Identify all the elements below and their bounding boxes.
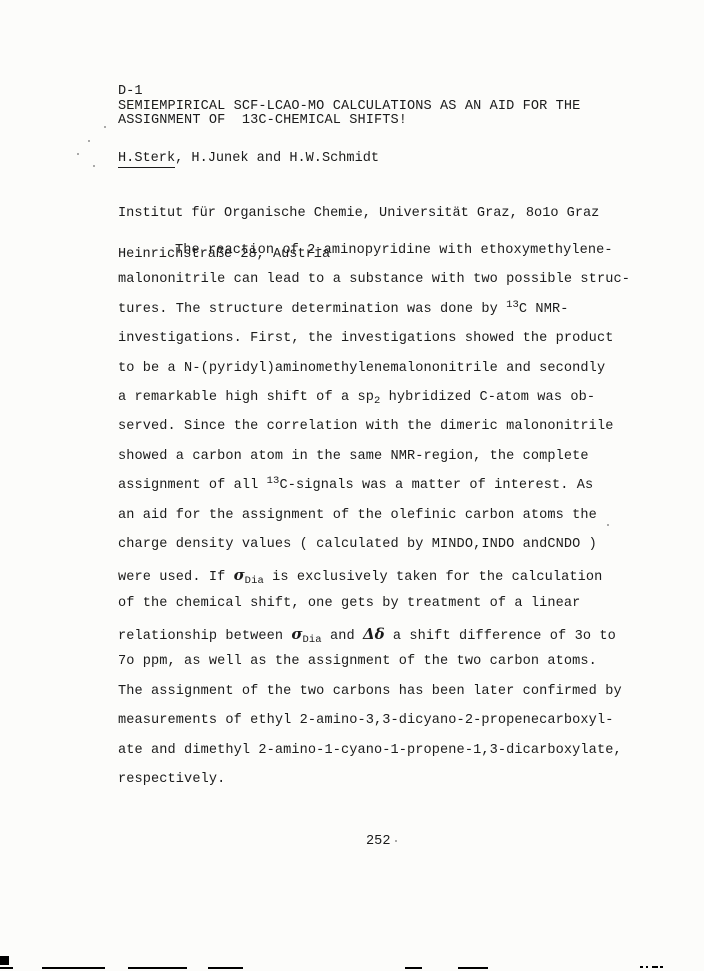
text-segment: The assignment of the two carbons has be… [118,684,622,699]
text-segment: respectively. [118,772,225,787]
scan-noise-dot [104,126,106,128]
text-segment: ate and dimethyl 2-amino-1-cyano-1-prope… [118,743,622,758]
abstract-line: The reaction of 2-aminopyridine with eth… [118,243,658,272]
abstract-line: ate and dimethyl 2-amino-1-cyano-1-prope… [118,743,658,772]
text-segment: 7o ppm, as well as the assignment of the… [118,654,597,669]
greek-symbol: σ [291,625,302,643]
abstract-line: assignment of all 13C-signals was a matt… [118,478,658,507]
abstract-line: respectively. [118,772,658,801]
abstract-line: tures. The structure determination was d… [118,302,658,331]
scan-artifact-dot [660,966,663,968]
affiliation-line1: Institut für Organische Chemie, Universi… [118,207,599,221]
text-segment: were used. If [118,570,234,585]
abstract-line: relationship between σDia and Δδ a shift… [118,625,658,654]
text-segment: 13 [267,475,280,487]
text-segment: to be a N-(pyridyl)aminomethylenemalonon… [118,361,605,376]
scan-artifact-dash [208,967,243,969]
author-primary: H.Sterk [118,151,175,168]
scan-artifact-dot [652,966,658,968]
abstract-line: a remarkable high shift of a sp2 hybridi… [118,390,658,419]
abstract-line: malononitrile can lead to a substance wi… [118,272,658,301]
paper-title-line2: ASSIGNMENT OF 13C-CHEMICAL SHIFTS! [118,114,580,128]
scan-noise-dot [607,524,609,526]
text-segment: served. Since the correlation with the d… [118,419,613,434]
text-segment: investigations. First, the investigation… [118,331,613,346]
text-segment: a shift difference of 3o to [385,629,616,644]
text-segment: measurements of ethyl 2-amino-3,3-dicyan… [118,713,613,728]
abstract-line: served. Since the correlation with the d… [118,419,658,448]
text-segment: a remarkable high shift of a sp [118,390,374,405]
greek-symbol: σ [234,566,245,584]
greek-symbol: Δδ [363,625,385,643]
scan-artifact-dash [0,967,13,969]
page-number: 252 [366,834,390,849]
abstract-line: charge density values ( calculated by MI… [118,537,658,566]
text-segment: of the chemical shift, one gets by treat… [118,596,580,611]
scan-noise-dot [93,165,95,167]
text-segment: C-signals was a matter of interest. As [279,478,593,493]
text-segment: an aid for the assignment of the olefini… [118,508,597,523]
text-segment: 13 [506,299,519,311]
scan-noise-dot [77,153,79,155]
authors-line: H.Sterk, H.Junek and H.W.Schmidt [118,151,379,166]
text-segment: C NMR- [519,302,569,317]
scanned-page: D-1 SEMIEMPIRICAL SCF-LCAO-MO CALCULATIO… [0,0,704,971]
scan-noise-dot [395,840,397,842]
text-segment: 2 [374,395,380,407]
abstract-line: investigations. First, the investigation… [118,331,658,360]
paper-title-line1: SEMIEMPIRICAL SCF-LCAO-MO CALCULATIONS A… [118,100,580,114]
text-segment: Dia [302,634,321,646]
text-segment: hybridized C-atom was ob- [380,390,595,405]
abstract-header: D-1 SEMIEMPIRICAL SCF-LCAO-MO CALCULATIO… [118,84,580,128]
text-segment: relationship between [118,629,291,644]
text-segment: The reaction of 2-aminopyridine with eth… [175,243,613,258]
scan-noise-dot [88,140,90,142]
text-segment: malononitrile can lead to a substance wi… [118,272,630,287]
scan-artifact-square [0,956,9,965]
scan-artifact-dash [405,967,422,969]
scan-artifact-dash [128,967,187,969]
authors-rest: , H.Junek and H.W.Schmidt [175,151,379,166]
text-segment: and [322,629,363,644]
scan-artifact-dot [646,966,648,968]
scan-artifact-dot [640,966,643,968]
abstract-body: The reaction of 2-aminopyridine with eth… [118,243,658,801]
scan-artifact-dash [42,967,105,969]
text-segment: tures. The structure determination was d… [118,302,506,317]
abstract-line: of the chemical shift, one gets by treat… [118,596,658,625]
text-segment: charge density values ( calculated by MI… [118,537,597,552]
abstract-line: The assignment of the two carbons has be… [118,684,658,713]
text-segment: showed a carbon atom in the same NMR-reg… [118,449,589,464]
text-segment: assignment of all [118,478,267,493]
abstract-line: showed a carbon atom in the same NMR-reg… [118,449,658,478]
paper-code: D-1 [118,84,580,100]
abstract-line: measurements of ethyl 2-amino-3,3-dicyan… [118,713,658,742]
abstract-line: to be a N-(pyridyl)aminomethylenemalonon… [118,361,658,390]
abstract-line: 7o ppm, as well as the assignment of the… [118,654,658,683]
abstract-line: were used. If σDia is exclusively taken … [118,566,658,595]
abstract-line: an aid for the assignment of the olefini… [118,508,658,537]
text-segment: Dia [245,575,264,587]
text-segment: is exclusively taken for the calculation [264,570,603,585]
scan-artifact-dash [458,967,488,969]
